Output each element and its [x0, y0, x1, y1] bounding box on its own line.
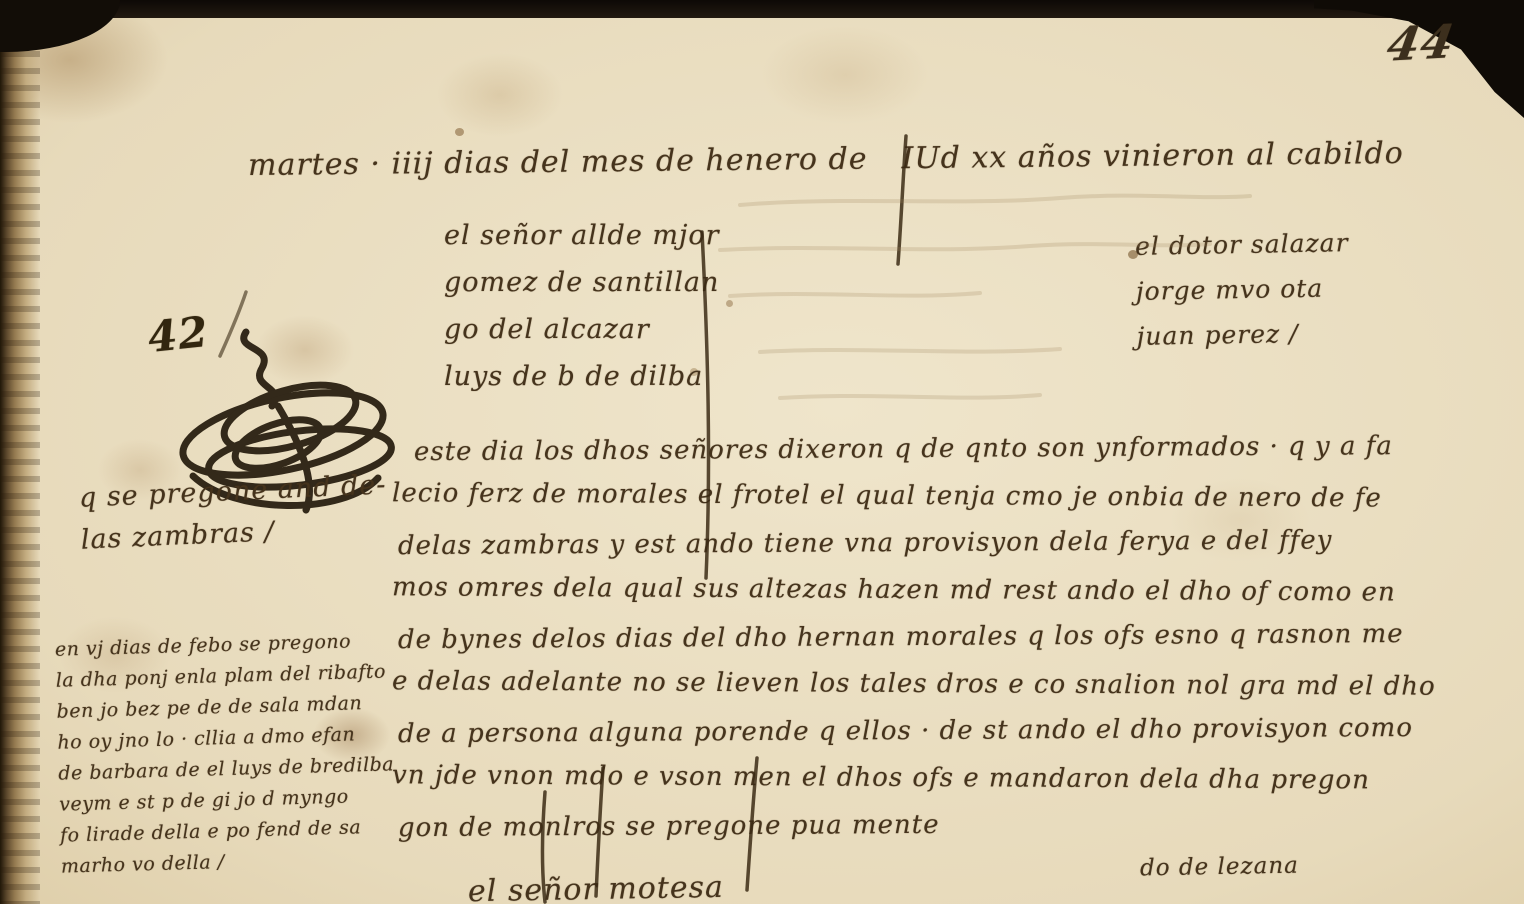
header-line: martes · iiij dias del mes de henero deI…	[248, 136, 1404, 183]
attendee-list-left: el señor allde mjor gomez de santillan g…	[444, 220, 720, 408]
body-line: vn jde vnon mdo e vson men el dhos ofs e…	[392, 760, 1436, 812]
clerk-name: do de lezana	[1140, 853, 1299, 882]
body-line: mos omres dela qual sus altezas hazen md…	[392, 572, 1436, 624]
scan-top-shadow	[0, 0, 1524, 18]
binding-edge	[0, 0, 40, 904]
attendee-name: gomez de santillan	[444, 267, 720, 314]
manuscript-page: 44 martes · iiij dias del mes de henero …	[0, 0, 1524, 904]
header-year-text: IUd xx años vinieron al cabildo	[901, 136, 1404, 176]
body-line: de a persona alguna porende q ellos · de…	[398, 713, 1436, 766]
attendee-name: luys de b de dilba	[444, 361, 720, 408]
header-date-text: martes · iiij dias del mes de henero de	[248, 142, 868, 183]
body-line: de bynes delos dias del dho hernan moral…	[398, 619, 1436, 672]
body-line: este dia los dhos señores dixeron q de q…	[414, 431, 1436, 484]
attendee-name: el señor allde mjor	[444, 220, 720, 267]
body-line: lecio ferz de morales el frotel el qual …	[392, 478, 1436, 530]
body-line: e delas adelante no se lieven los tales …	[392, 666, 1436, 718]
margin-annotation: en vj dias de febo se pregono la dha pon…	[55, 629, 398, 886]
attendee-name: go del alcazar	[444, 314, 720, 361]
body-line: delas zambras y est ando tiene vna provi…	[398, 525, 1436, 578]
margin-note: q se pregone and de- las zambras /	[78, 469, 389, 566]
attendee-name: el dotor salazar	[1135, 228, 1349, 277]
foxing-spot	[455, 128, 464, 136]
bottom-partial-line: el señor motesa	[468, 870, 724, 904]
foxing-spot	[726, 300, 733, 307]
attendee-list-right: el dotor salazar jorge mvo ota juan pere…	[1135, 228, 1351, 367]
attendee-name: jorge mvo ota	[1136, 273, 1350, 322]
attendee-name: juan perez /	[1136, 318, 1350, 367]
page-number: 44	[1383, 14, 1458, 71]
body-paragraph: este dia los dhos señores dixeron q de q…	[398, 434, 1436, 857]
page-corner-shadow-left	[0, 0, 120, 52]
